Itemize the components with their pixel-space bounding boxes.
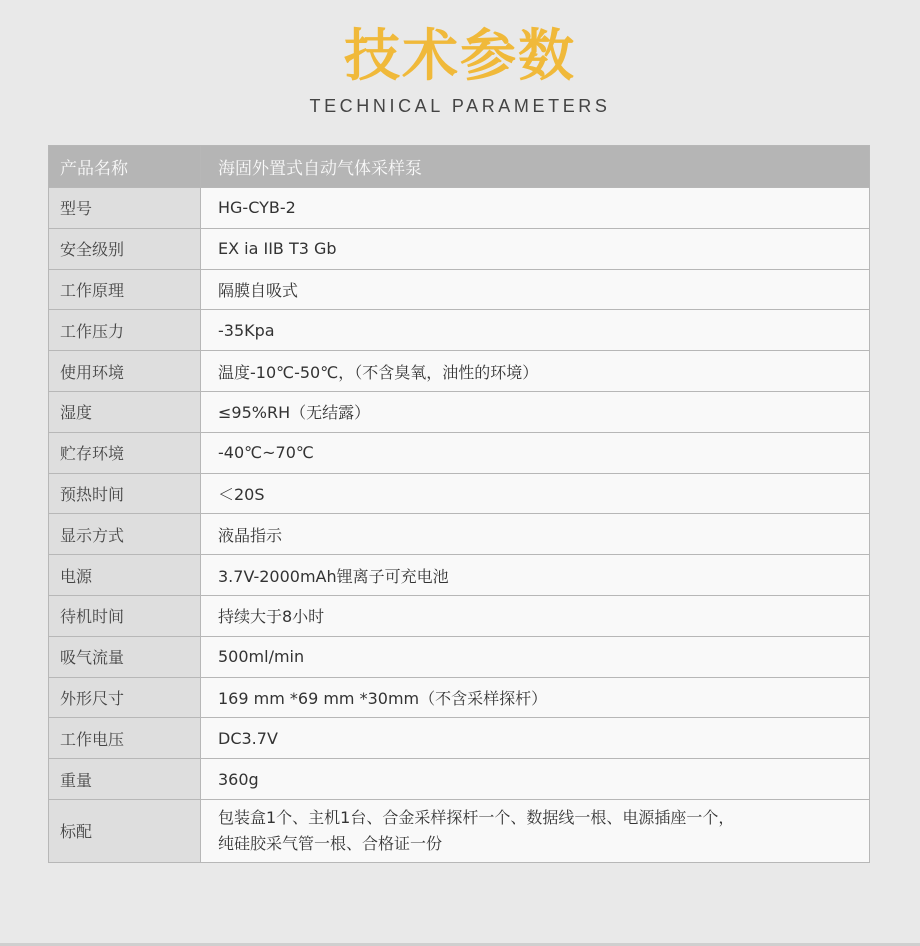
table-row: 待机时间持续大于8小时 [49, 595, 870, 636]
param-key: 标配 [49, 799, 201, 862]
param-key: 显示方式 [49, 514, 201, 555]
param-value: HG-CYB-2 [201, 188, 870, 229]
param-value: DC3.7V [201, 718, 870, 759]
param-value: 温度-10℃-50℃，（不含臭氧，油性的环境） [201, 351, 870, 392]
param-key: 型号 [49, 188, 201, 229]
table-row: 吸气流量500ml/min [49, 636, 870, 677]
param-value: 360g [201, 759, 870, 800]
table-row: 外形尺寸169 mm *69 mm *30mm（不含采样探杆） [49, 677, 870, 718]
page-subtitle: TECHNICAL PARAMETERS [0, 94, 920, 118]
param-value: EX ia IIB T3 Gb [201, 228, 870, 269]
param-value: ＜20S [201, 473, 870, 514]
table-row: 工作原理隔膜自吸式 [49, 269, 870, 310]
param-key: 外形尺寸 [49, 677, 201, 718]
table-row: 型号HG-CYB-2 [49, 188, 870, 229]
param-value: 3.7V-2000mAh锂离子可充电池 [201, 555, 870, 596]
parameters-table: 产品名称 海固外置式自动气体采样泵 型号HG-CYB-2 安全级别EX ia I… [48, 145, 870, 863]
table-row: 电源3.7V-2000mAh锂离子可充电池 [49, 555, 870, 596]
param-value: 500ml/min [201, 636, 870, 677]
param-value: -40℃~70℃ [201, 432, 870, 473]
param-value: 169 mm *69 mm *30mm（不含采样探杆） [201, 677, 870, 718]
table-row: 预热时间＜20S [49, 473, 870, 514]
param-key: 安全级别 [49, 228, 201, 269]
page-title: 技术参数 [0, 22, 920, 92]
param-key: 待机时间 [49, 595, 201, 636]
table-row: 工作压力-35Kpa [49, 310, 870, 351]
param-value: 持续大于8小时 [201, 595, 870, 636]
param-key: 吸气流量 [49, 636, 201, 677]
param-value: 液晶指示 [201, 514, 870, 555]
param-key: 电源 [49, 555, 201, 596]
table-row: 安全级别EX ia IIB T3 Gb [49, 228, 870, 269]
param-key: 湿度 [49, 391, 201, 432]
param-value: 包装盒1个、主机1台、合金采样探杆一个、数据线一根、电源插座一个， 纯硅胶采气管… [201, 799, 870, 862]
param-value-line: 纯硅胶采气管一根、合格证一份 [218, 831, 869, 857]
table-row: 湿度≤95%RH（无结露） [49, 391, 870, 432]
param-key: 贮存环境 [49, 432, 201, 473]
table-row: 重量360g [49, 759, 870, 800]
table-row: 显示方式液晶指示 [49, 514, 870, 555]
table-row: 贮存环境-40℃~70℃ [49, 432, 870, 473]
param-value: 隔膜自吸式 [201, 269, 870, 310]
param-key: 使用环境 [49, 351, 201, 392]
param-key: 工作电压 [49, 718, 201, 759]
param-value: -35Kpa [201, 310, 870, 351]
param-key: 重量 [49, 759, 201, 800]
table-row: 使用环境温度-10℃-50℃，（不含臭氧，油性的环境） [49, 351, 870, 392]
param-key: 产品名称 [49, 146, 201, 188]
table-row: 工作电压DC3.7V [49, 718, 870, 759]
param-key: 工作压力 [49, 310, 201, 351]
param-key: 工作原理 [49, 269, 201, 310]
param-value-line: 包装盒1个、主机1台、合金采样探杆一个、数据线一根、电源插座一个， [218, 805, 869, 831]
param-value: ≤95%RH（无结露） [201, 391, 870, 432]
table-header-row: 产品名称 海固外置式自动气体采样泵 [49, 146, 870, 188]
param-key: 预热时间 [49, 473, 201, 514]
table-row: 标配 包装盒1个、主机1台、合金采样探杆一个、数据线一根、电源插座一个， 纯硅胶… [49, 799, 870, 862]
param-value: 海固外置式自动气体采样泵 [201, 146, 870, 188]
